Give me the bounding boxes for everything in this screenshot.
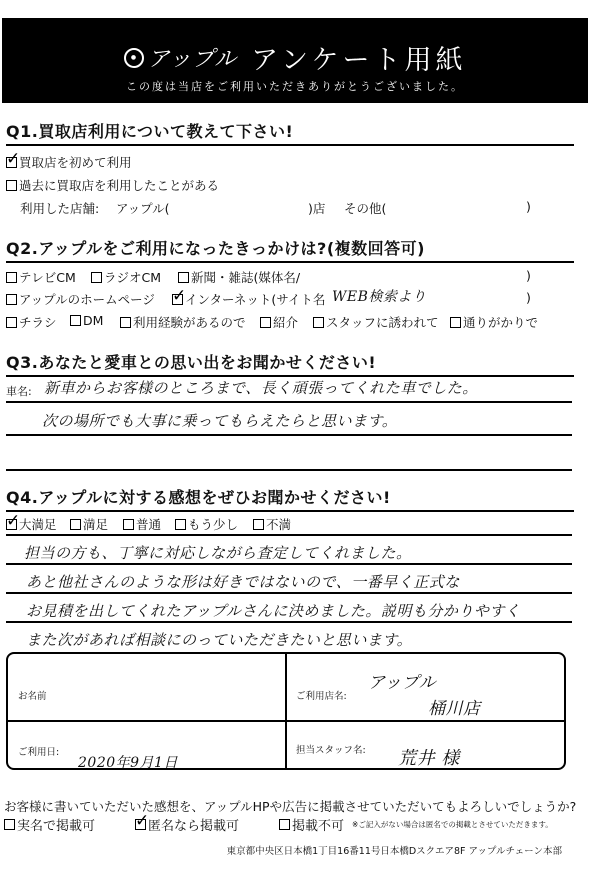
header-banner: ● アップル アンケート用紙 この度は当店をご利用いただきありがとうございました… [2, 18, 588, 103]
q1-store-label: 利用した店舗: [20, 199, 99, 217]
option-label: 大満足 [19, 515, 57, 533]
q3-answer-line-1: 新車からお客様のところまで、長く頑張ってくれた車でした。 [44, 377, 478, 398]
checkbox-checked-icon[interactable] [172, 294, 183, 305]
q2-site-name-handwritten: WEB検索より [332, 286, 426, 306]
apple-logo-icon: ● [124, 48, 144, 68]
q1-heading: Q1.買取店利用について教えて下さい! [6, 119, 574, 146]
visit-date-label: ご利用日: [18, 744, 59, 758]
option-label: 実名で掲載可 [17, 815, 95, 834]
store-name-value-line-2[interactable]: 桶川店 [428, 694, 481, 719]
q3-rule-2 [6, 434, 572, 436]
q2-heading: Q2.アップルをご利用になったきっかけは?(複数回答可) [6, 236, 574, 263]
staff-name-label: 担当スタッフ名: [296, 742, 366, 756]
checkbox-icon[interactable] [123, 519, 134, 530]
checkbox-icon[interactable] [450, 317, 461, 328]
store-name-value-line-1[interactable]: アップル [368, 668, 436, 693]
option-label: アップルのホームページ [19, 290, 155, 308]
checkbox-checked-icon[interactable] [6, 519, 17, 530]
option-label: 紹介 [273, 313, 298, 331]
q4-rule-2 [6, 592, 572, 594]
option-label: 利用経験があるので [133, 313, 246, 331]
q4-rule-3 [6, 621, 572, 623]
option-label: 掲載不可 [292, 815, 344, 834]
q4-option-satisfied[interactable]: 満足 [70, 515, 108, 533]
option-label: 満足 [83, 515, 108, 533]
customer-info-box: お名前 ご利用店名: アップル 桶川店 ご利用日: 2020年9月1日 担当スタ… [6, 652, 566, 770]
option-label: 普通 [136, 515, 161, 533]
q2-option-tv[interactable]: テレビCM [6, 268, 76, 286]
info-horizontal-divider [8, 720, 564, 722]
banner-title-row: ● アップル アンケート用紙 [2, 38, 588, 77]
q3-rule-3 [6, 469, 572, 471]
q2-option-staff[interactable]: スタッフに誘われて [313, 313, 439, 331]
checkbox-icon[interactable] [91, 272, 102, 283]
q3-rule-1 [6, 401, 572, 403]
q2-option-dm[interactable]: DM [70, 313, 103, 328]
q2-internet-close-paren: ) [526, 290, 531, 305]
q1-store-apple-prefix: アップル( [116, 199, 170, 217]
q3-answer-line-2: 次の場所でも大事に乗ってもらえたらと思います。 [42, 410, 397, 431]
option-label: 買取店を初めて利用 [19, 153, 132, 171]
consent-option-real-name[interactable]: 実名で掲載可 [4, 815, 95, 834]
q1-store-other-suffix: ) [526, 199, 531, 214]
q1-store-other-prefix: その他( [344, 199, 386, 217]
checkbox-icon[interactable] [6, 180, 17, 191]
q3-car-label: 車名: [6, 383, 32, 399]
q2-newspaper-close-paren: ) [526, 268, 531, 283]
info-vertical-divider [285, 654, 287, 768]
thank-you-message: この度は当店をご利用いただきありがとうございました。 [2, 78, 588, 94]
q1-option-first-time[interactable]: 買取店を初めて利用 [6, 153, 132, 171]
q4-answer-line-1: 担当の方も、丁寧に対応しながら査定してくれました。 [24, 542, 412, 563]
checkbox-icon[interactable] [120, 317, 131, 328]
q4-answer-line-4: また次があれば相談にのっていただきたいと思います。 [26, 629, 412, 650]
consent-note: ※ご記入がない場合は匿名での掲載とさせていただきます。 [352, 819, 553, 830]
brand-name: アップル [148, 42, 238, 73]
checkbox-icon[interactable] [175, 519, 186, 530]
checkbox-icon[interactable] [178, 272, 189, 283]
q2-option-homepage[interactable]: アップルのホームページ [6, 290, 155, 308]
checkbox-checked-icon[interactable] [6, 157, 17, 168]
q2-option-internet[interactable]: インターネット(サイト名 [172, 290, 325, 308]
q4-rule-0 [6, 534, 572, 536]
q4-option-very-satisfied[interactable]: 大満足 [6, 515, 57, 533]
checkbox-icon[interactable] [313, 317, 324, 328]
q4-answer-line-2: あと他社さんのような形は好きではないので、一番早く正式な [26, 571, 460, 592]
q4-option-could-be-better[interactable]: もう少し [175, 515, 238, 533]
q3-heading: Q3.あなたと愛車との思い出をお聞かせください! [6, 350, 574, 377]
checkbox-checked-icon[interactable] [135, 819, 146, 830]
option-label: テレビCM [19, 268, 76, 286]
option-label: 新聞・雑誌(媒体名/ [191, 268, 300, 286]
option-label: もう少し [188, 515, 238, 533]
checkbox-icon[interactable] [279, 819, 290, 830]
q4-option-average[interactable]: 普通 [123, 515, 161, 533]
checkbox-icon[interactable] [260, 317, 271, 328]
consent-option-anonymous[interactable]: 匿名なら掲載可 [135, 815, 239, 834]
option-label: 不満 [266, 515, 291, 533]
form-title: アンケート用紙 [251, 38, 466, 77]
checkbox-icon[interactable] [70, 315, 81, 326]
checkbox-icon[interactable] [253, 519, 264, 530]
option-label: インターネット(サイト名 [185, 290, 325, 308]
q4-option-dissatisfied[interactable]: 不満 [253, 515, 291, 533]
q2-option-referral[interactable]: 紹介 [260, 313, 298, 331]
q2-option-passing-by[interactable]: 通りがかりで [450, 313, 538, 331]
q2-option-radio[interactable]: ラジオCM [91, 268, 161, 286]
staff-name-value[interactable]: 荒井 様 [398, 744, 460, 770]
option-label: 匿名なら掲載可 [148, 815, 239, 834]
checkbox-icon[interactable] [6, 317, 17, 328]
consent-question: お客様に書いていただいた感想を、アップルHPや広告に掲載させていただいてもよろし… [4, 797, 576, 815]
option-label: ラジオCM [104, 268, 161, 286]
option-label: 通りがかりで [463, 313, 538, 331]
name-label: お名前 [18, 688, 47, 702]
option-label: スタッフに誘われて [326, 313, 439, 331]
checkbox-icon[interactable] [6, 272, 17, 283]
option-label: 過去に買取店を利用したことがある [19, 176, 219, 194]
q1-store-apple-suffix: )店 [308, 199, 325, 217]
consent-option-not-allowed[interactable]: 掲載不可 [279, 815, 344, 834]
checkbox-icon[interactable] [6, 294, 17, 305]
q2-option-flyer[interactable]: チラシ [6, 313, 57, 331]
checkbox-icon[interactable] [4, 819, 15, 830]
consent-options: 実名で掲載可 匿名なら掲載可 掲載不可 ※ご記入がない場合は匿名での掲載とさせて… [4, 815, 553, 834]
headquarters-address: 東京都中央区日本橋1丁目16番11号日本橋Dスクエア8F アップルチェーン本部 [227, 843, 562, 857]
q1-option-used-before[interactable]: 過去に買取店を利用したことがある [6, 176, 219, 194]
q4-rule-1 [6, 563, 572, 565]
visit-date-value[interactable]: 2020年9月1日 [78, 752, 178, 772]
q4-answer-line-3: お見積を出してくれたアップルさんに決めました。説明も分かりやすく [26, 600, 520, 621]
store-name-label: ご利用店名: [296, 688, 347, 702]
option-label: DM [83, 313, 103, 328]
checkbox-icon[interactable] [70, 519, 81, 530]
option-label: チラシ [19, 313, 57, 331]
q2-option-experience[interactable]: 利用経験があるので [120, 313, 246, 331]
q4-heading: Q4.アップルに対する感想をぜひお聞かせください! [6, 485, 574, 512]
q2-option-newspaper[interactable]: 新聞・雑誌(媒体名/ [178, 268, 300, 286]
brand-logo: ● アップル [124, 42, 238, 73]
